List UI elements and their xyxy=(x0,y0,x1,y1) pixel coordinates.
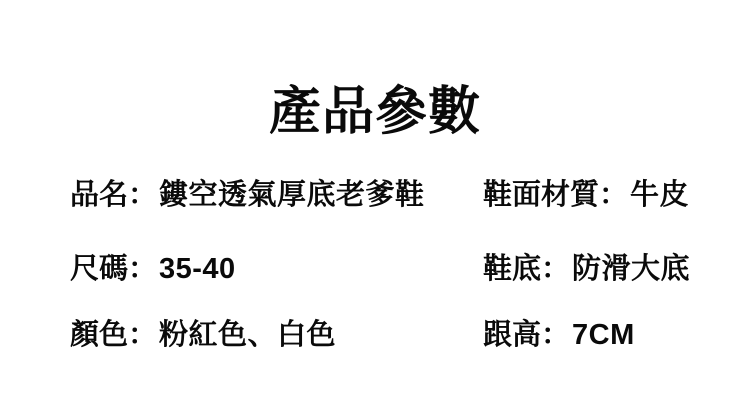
spec-row: 尺碼：35-40 鞋底：防滑大底 xyxy=(0,252,750,286)
spec-item-upper-material: 鞋面材質：牛皮 xyxy=(483,178,689,212)
spec-row: 品名：鏤空透氣厚底老爹鞋 鞋面材質：牛皮 xyxy=(0,178,750,212)
spec-item-sole: 鞋底：防滑大底 xyxy=(483,252,690,286)
spec-value: 7CM xyxy=(572,319,635,351)
spec-item-size: 尺碼：35-40 xyxy=(70,252,236,286)
spec-row: 顏色：粉紅色、白色 跟高：7CM xyxy=(0,318,750,352)
page-title: 產品參數 xyxy=(0,83,750,141)
spec-label: 品名： xyxy=(70,179,159,211)
spec-item-heel-height: 跟高：7CM xyxy=(483,318,635,352)
spec-label: 跟高： xyxy=(483,319,572,351)
spec-item-color: 顏色：粉紅色、白色 xyxy=(70,318,336,352)
spec-label: 鞋底： xyxy=(483,253,572,285)
spec-value: 防滑大底 xyxy=(572,253,690,285)
spec-label: 尺碼： xyxy=(70,253,159,285)
product-spec-sheet: 產品參數 品名：鏤空透氣厚底老爹鞋 鞋面材質：牛皮 尺碼：35-40 鞋底：防滑… xyxy=(0,0,750,417)
spec-value: 牛皮 xyxy=(630,179,689,211)
spec-value: 鏤空透氣厚底老爹鞋 xyxy=(159,179,425,211)
spec-value: 粉紅色、白色 xyxy=(159,319,336,351)
spec-value: 35-40 xyxy=(159,253,236,285)
spec-item-product-name: 品名：鏤空透氣厚底老爹鞋 xyxy=(70,178,425,212)
spec-label: 鞋面材質： xyxy=(483,179,630,211)
spec-label: 顏色： xyxy=(70,319,159,351)
